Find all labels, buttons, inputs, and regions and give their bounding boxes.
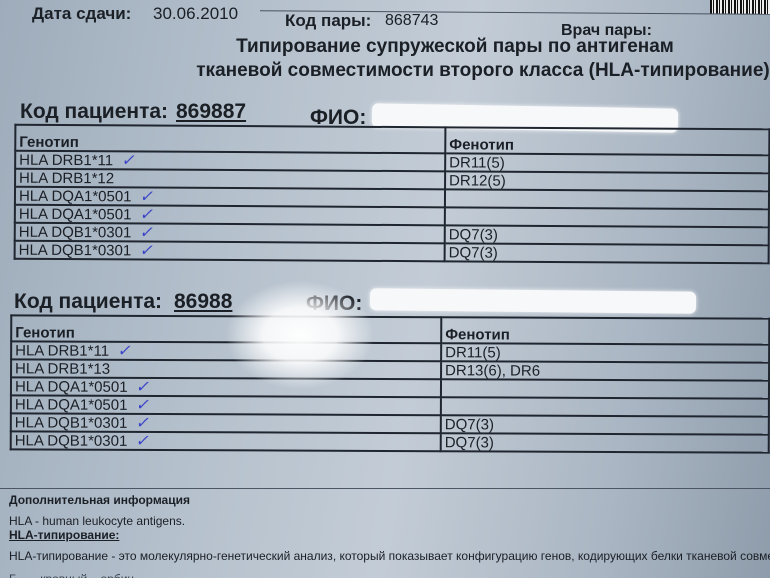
handwritten-check-icon: ✓: [140, 188, 154, 205]
patient2-hla-table: ГенотипФенотипHLA DRB1*11✓DR11(5)HLA DRB…: [10, 314, 770, 453]
genotype-header: Генотип: [15, 125, 445, 154]
handwritten-check-icon: ✓: [139, 206, 153, 223]
patient1-hla-table: ГенотипФенотипHLA DRB1*11✓DR11(5)HLA DRB…: [14, 124, 770, 265]
phenotype-cell: DQ7(3): [445, 243, 769, 263]
handwritten-check-icon: ✓: [135, 433, 148, 450]
date-value: 30.06.2010: [153, 4, 238, 24]
phenotype-cell: [445, 207, 769, 227]
table-row: HLA DQB1*0301✓DQ7(3): [11, 431, 769, 452]
genotype-cell: HLA DQA1*0501✓: [15, 187, 445, 208]
genotype-cell: HLA DRB1*13: [11, 359, 441, 379]
genotype-value: HLA DRB1*11: [15, 342, 109, 359]
table-row: HLA DQB1*0301✓DQ7(3): [11, 413, 769, 434]
info-hla-definition: HLA - human leukocyte antigens.: [9, 514, 185, 528]
genotype-cell: HLA DRB1*12: [15, 169, 445, 190]
genotype-cell: HLA DQB1*0301✓: [11, 413, 441, 433]
pair-code-value: 868743: [385, 12, 438, 30]
lab-report-sheet: Дата сдачи: 30.06.2010 Код пары: 868743 …: [0, 0, 770, 578]
genotype-value: HLA DQA1*0501: [15, 378, 128, 395]
genotype-value: HLA DQB1*0301: [19, 224, 132, 242]
date-label: Дата сдачи:: [32, 4, 131, 24]
genotype-value: HLA DRB1*11: [19, 152, 113, 170]
genotype-cell: HLA DQB1*0301✓: [15, 223, 445, 244]
handwritten-check-icon: ✓: [139, 242, 153, 259]
info-cut-line: Б... ...кровный ...орбиц...: [9, 572, 144, 578]
genotype-cell: HLA DQA1*0501✓: [11, 377, 441, 397]
table-row: HLA DRB1*11✓DR11(5): [11, 341, 769, 362]
phenotype-cell: DR12(5): [445, 171, 769, 191]
genotype-cell: HLA DQB1*0301✓: [11, 431, 441, 451]
phenotype-cell: [441, 379, 769, 398]
genotype-value: HLA DQA1*0501: [19, 206, 132, 224]
phenotype-cell: DQ7(3): [441, 415, 769, 434]
patient2-code: 86988: [174, 290, 232, 314]
handwritten-check-icon: ✓: [117, 343, 130, 360]
table-header-row: ГенотипФенотип: [11, 315, 769, 344]
genotype-value: HLA DQA1*0501: [19, 188, 132, 206]
genotype-value: HLA DQA1*0501: [15, 396, 128, 413]
genotype-value: HLA DQB1*0301: [15, 414, 128, 431]
phenotype-header: Фенотип: [445, 127, 769, 155]
phenotype-cell: DR11(5): [445, 153, 769, 173]
phenotype-cell: [441, 397, 769, 416]
report-title-line2: тканевой совместимости второго класса (H…: [163, 60, 770, 82]
genotype-cell: HLA DQB1*0301✓: [15, 241, 445, 262]
phenotype-cell: DQ7(3): [445, 225, 769, 245]
genotype-value: HLA DRB1*13: [15, 360, 110, 377]
photo-glare: [225, 280, 375, 390]
info-title: Дополнительная информация: [9, 493, 190, 507]
genotype-value: HLA DQB1*0301: [15, 432, 128, 449]
phenotype-cell: DR11(5): [441, 343, 769, 362]
genotype-cell: HLA DQA1*0501✓: [11, 395, 441, 415]
genotype-value: HLA DRB1*12: [19, 170, 114, 188]
handwritten-check-icon: ✓: [135, 397, 148, 414]
patient2-fio-redacted: [370, 288, 696, 313]
barcode: [710, 0, 770, 14]
handwritten-check-icon: ✓: [136, 379, 149, 396]
handwritten-check-icon: ✓: [121, 152, 135, 169]
patient1-code: 869887: [176, 100, 246, 124]
phenotype-header: Фенотип: [441, 317, 769, 344]
handwritten-check-icon: ✓: [139, 224, 153, 241]
patient1-code-label: Код пациента:: [20, 100, 168, 124]
section-divider: [0, 488, 770, 489]
table-row: HLA DQA1*0501✓: [11, 395, 769, 416]
report-title-line1: Типирование супружеской пары по антигена…: [155, 36, 755, 58]
info-description: HLA-типирование - это молекулярно-генети…: [9, 549, 770, 563]
info-subtitle: HLA-типирование:: [9, 528, 119, 542]
handwritten-check-icon: ✓: [135, 415, 148, 432]
genotype-value: HLA DQB1*0301: [19, 242, 132, 260]
phenotype-cell: DR13(6), DR6: [441, 361, 769, 380]
phenotype-cell: DQ7(3): [441, 433, 769, 452]
genotype-cell: HLA DRB1*11✓: [15, 151, 445, 172]
pair-code-label: Код пары:: [285, 11, 371, 31]
table-row: HLA DQB1*0301✓DQ7(3): [15, 241, 769, 264]
table-row: HLA DQA1*0501✓: [11, 377, 769, 398]
phenotype-cell: [445, 189, 769, 209]
genotype-cell: HLA DQA1*0501✓: [15, 205, 445, 226]
patient2-code-label: Код пациента:: [14, 290, 162, 314]
